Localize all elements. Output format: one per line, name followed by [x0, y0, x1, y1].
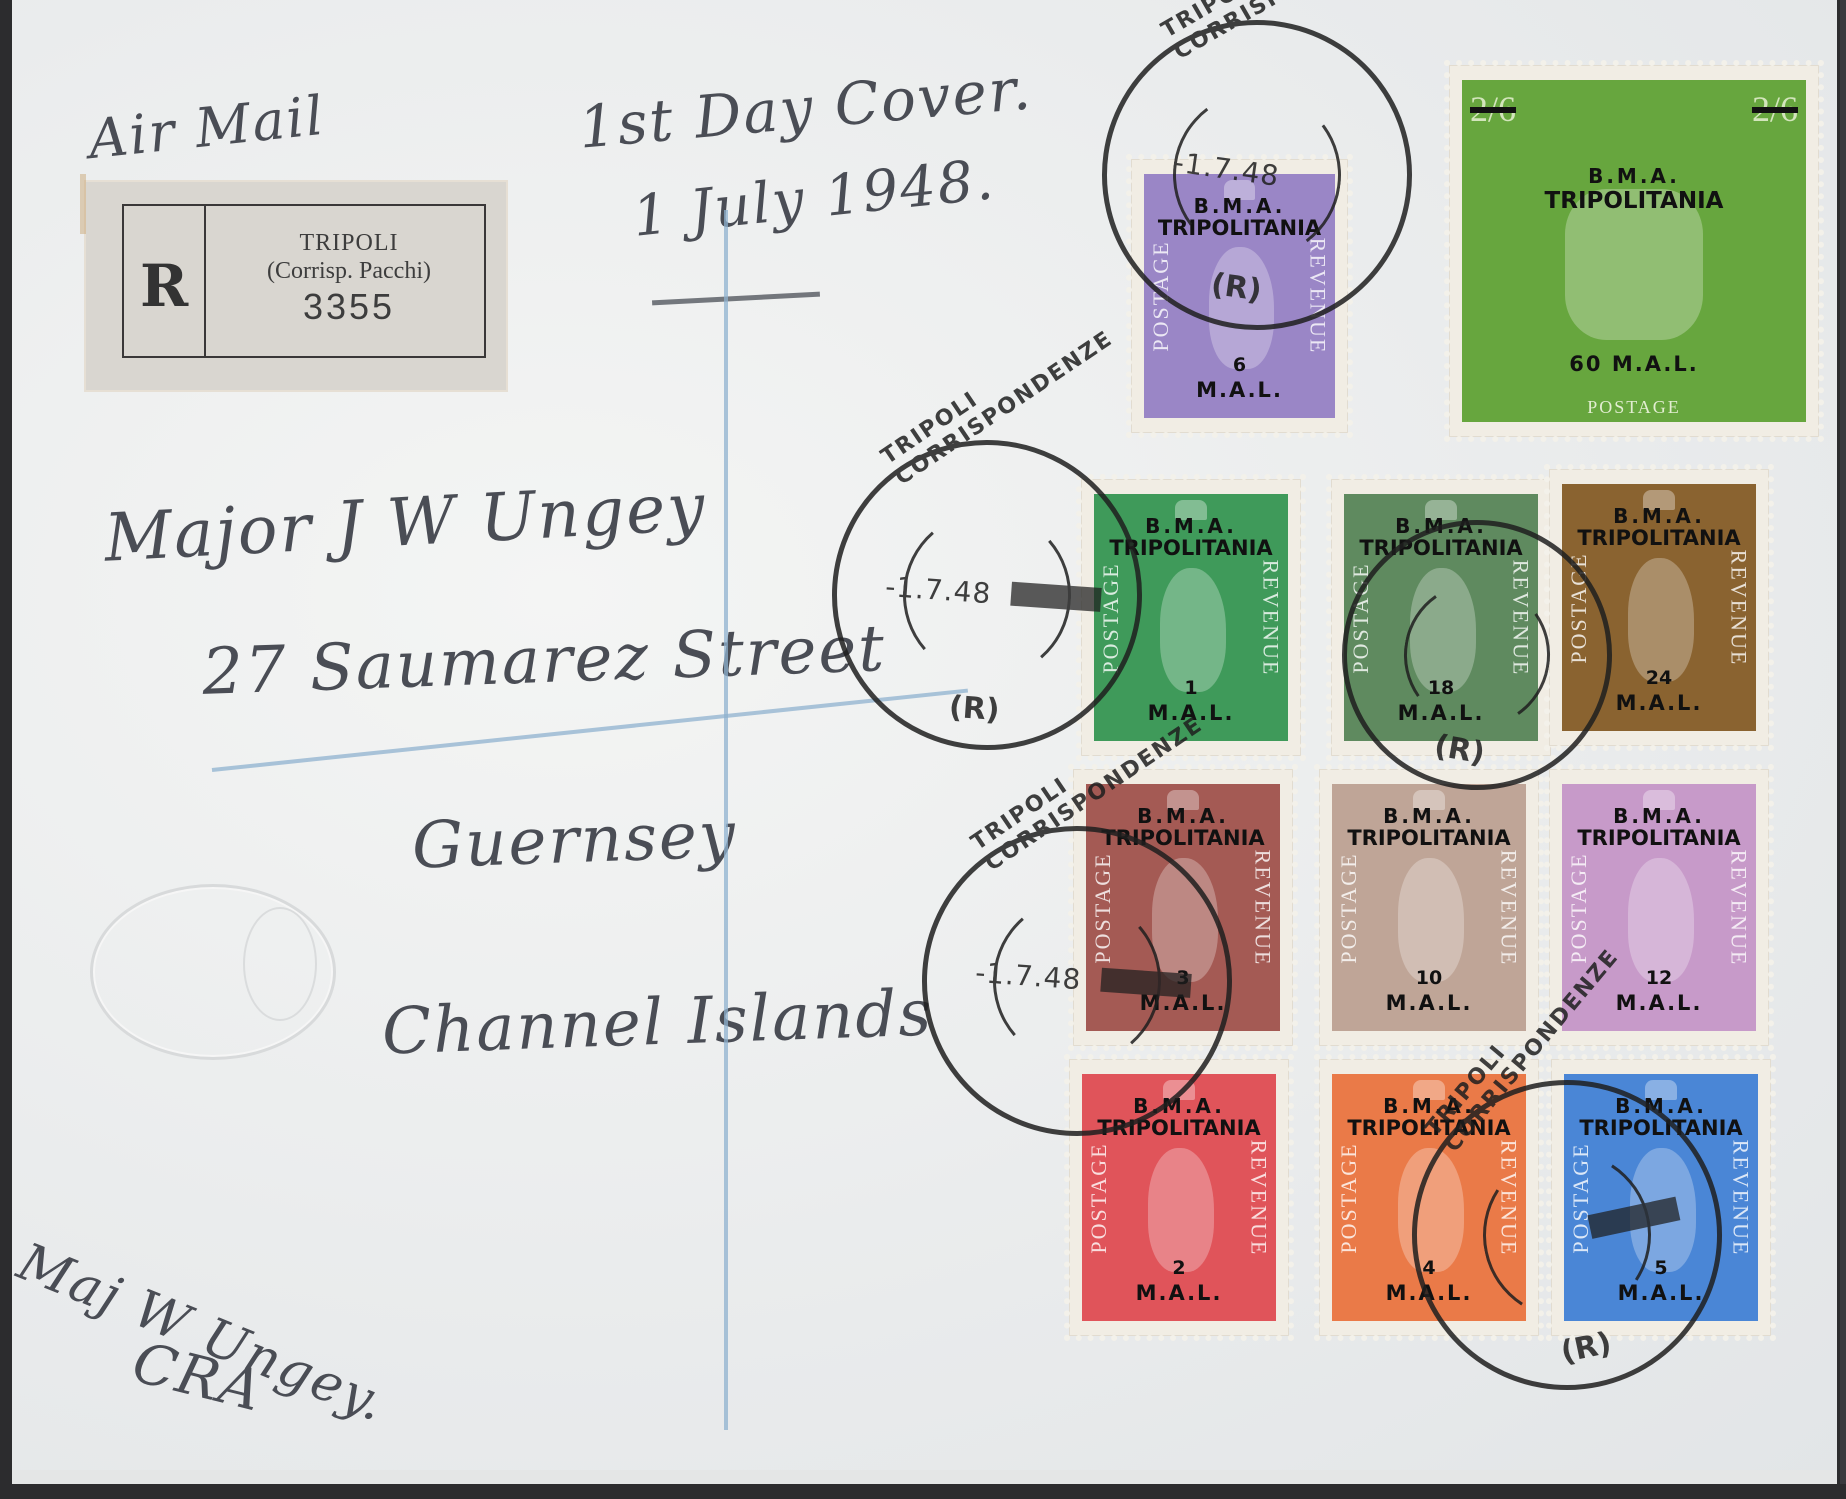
stamp-revenue-text: REVENUE — [1496, 849, 1522, 966]
stamp-design: 2/62/6POSTAGEB.M.A.TRIPOLITANIA60 M.A.L. — [1462, 80, 1806, 422]
overprint-bma: B.M.A. — [1562, 504, 1756, 528]
stamp-design: POSTAGEREVENUEB.M.A.TRIPOLITANIA10M.A.L. — [1332, 784, 1526, 1031]
registration-label: R TRIPOLI (Corrisp. Pacchi) 3355 — [86, 182, 506, 390]
stamp-60-mal: 2/62/6POSTAGEB.M.A.TRIPOLITANIA60 M.A.L. — [1450, 66, 1818, 436]
background-frame-left — [0, 0, 12, 1499]
registration-number: 3355 — [214, 286, 484, 328]
stamp-revenue-text: REVENUE — [1726, 849, 1752, 966]
stamp-10-mal: POSTAGEREVENUEB.M.A.TRIPOLITANIA10M.A.L. — [1320, 770, 1538, 1045]
overprint-currency: 60 M.A.L. — [1462, 352, 1806, 376]
handwritten-region: Channel Islands — [381, 976, 934, 1069]
overprint-currency: M.A.L. — [1332, 991, 1526, 1015]
overprint-value: 6 — [1144, 354, 1335, 376]
overprint-currency: M.A.L. — [1082, 1281, 1276, 1305]
registration-office-sub: (Corrisp. Pacchi) — [212, 258, 486, 285]
registration-divider — [204, 206, 206, 356]
handwritten-street: 27 Saumarez Street — [201, 612, 887, 710]
king-portrait — [1398, 858, 1464, 982]
overprint-bma: B.M.A. — [1086, 804, 1280, 828]
king-portrait — [1148, 1148, 1214, 1272]
overprint-bma: B.M.A. — [1562, 804, 1756, 828]
background-frame-bottom — [0, 1484, 1846, 1499]
registration-letter: R — [140, 252, 188, 320]
stamp-postage-text: POSTAGE — [1462, 397, 1806, 418]
overprint-value: 10 — [1332, 967, 1526, 989]
handwritten-addressee: Major J W Ungey — [102, 468, 708, 576]
stamp-revenue-text: REVENUE — [1726, 549, 1752, 666]
registration-office: TRIPOLI — [214, 230, 484, 257]
registration-line-vertical — [724, 210, 728, 1430]
overprint-tripolitania: TRIPOLITANIA — [1562, 526, 1756, 550]
overprint-tripolitania: TRIPOLITANIA — [1562, 826, 1756, 850]
registration-label-box: R TRIPOLI (Corrisp. Pacchi) 3355 — [122, 204, 486, 358]
overprint-bma: B.M.A. — [1462, 164, 1806, 188]
stamp-revenue-text: REVENUE — [1250, 849, 1276, 966]
stamp-original-value: 2/62/6 — [1470, 88, 1798, 130]
overprint-currency: M.A.L. — [1144, 378, 1335, 402]
embossed-seal — [90, 884, 336, 1060]
overprint-value: 2 — [1082, 1257, 1276, 1279]
stamp-revenue-text: REVENUE — [1728, 1139, 1754, 1256]
king-portrait — [1160, 568, 1226, 692]
stamp-revenue-text: REVENUE — [1258, 559, 1284, 676]
overprint-bma: B.M.A. — [1332, 804, 1526, 828]
king-portrait — [1628, 558, 1694, 682]
handwritten-air-mail: Air Mail — [85, 84, 328, 171]
envelope-cover: Air Mail 1st Day Cover. 1 July 1948. Maj… — [12, 0, 1840, 1484]
handwritten-first-day-cover: 1st Day Cover. — [576, 54, 1035, 161]
overprint-tripolitania: TRIPOLITANIA — [1332, 826, 1526, 850]
stamp-revenue-text: REVENUE — [1246, 1139, 1272, 1256]
stamp-postage-text: POSTAGE — [1336, 1142, 1362, 1253]
king-portrait — [1628, 858, 1694, 982]
handwritten-island: Guernsey — [411, 798, 738, 883]
dash-mark — [652, 292, 820, 306]
handwritten-date: 1 July 1948. — [630, 147, 998, 250]
stamp-postage-text: POSTAGE — [1336, 852, 1362, 963]
overprint-tripolitania: TRIPOLITANIA — [1462, 188, 1806, 214]
stamp-postage-text: POSTAGE — [1086, 1142, 1112, 1253]
